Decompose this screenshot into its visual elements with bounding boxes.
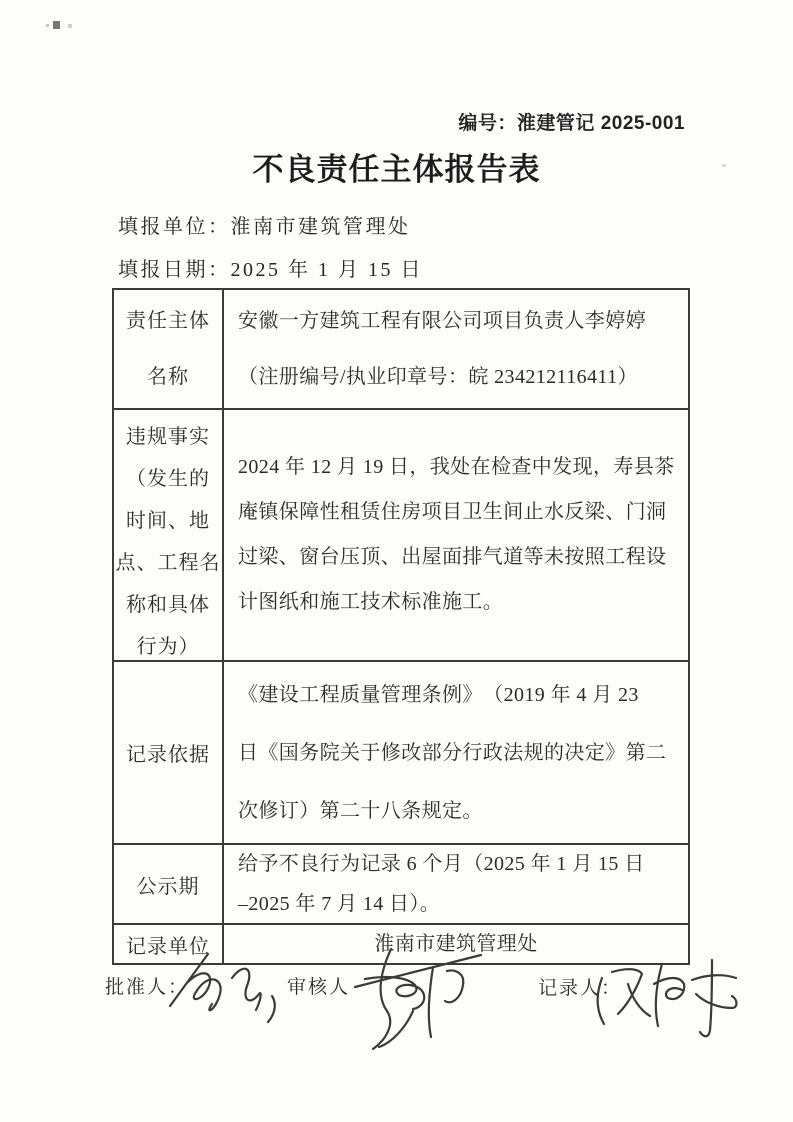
scan-artifact bbox=[46, 24, 49, 27]
recorder-signature-handwriting bbox=[592, 950, 742, 1045]
row-label-record-basis: 记录依据 bbox=[114, 662, 224, 843]
table-row-record-basis: 记录依据 《建设工程质量管理条例》 （2019 年 4 月 23 日《国务院关于… bbox=[114, 660, 688, 843]
table-row-violation-facts: 违规事实 （发生的 时间、地 点、工程名 称和具体 行为） 2024 年 12 … bbox=[114, 408, 688, 660]
reviewer-signature-handwriting bbox=[295, 945, 485, 1057]
row-value-record-basis: 《建设工程质量管理条例》 （2019 年 4 月 23 日《国务院关于修改部分行… bbox=[224, 662, 688, 843]
page-title: 不良责任主体报告表 bbox=[0, 144, 793, 189]
document-number: 编号：淮建管记 2025-001 bbox=[458, 108, 685, 135]
row-value-violation-facts: 2024 年 12 月 19 日，我处在检查中发现，寿县茶 庵镇保障性租赁住房项… bbox=[224, 410, 688, 660]
table-row-responsible-party: 责任主体 名称 安徽一方建筑工程有限公司项目负责人李婷婷 （注册编号/执业印章号… bbox=[114, 290, 688, 408]
row-label-violation-facts: 违规事实 （发生的 时间、地 点、工程名 称和具体 行为） bbox=[114, 410, 224, 660]
scan-artifact bbox=[53, 21, 60, 29]
scanned-report-page: 编号：淮建管记 2025-001 不良责任主体报告表 填报单位：淮南市建筑管理处… bbox=[0, 0, 793, 1122]
row-label-publicity-period: 公示期 bbox=[114, 845, 224, 923]
report-table: 责任主体 名称 安徽一方建筑工程有限公司项目负责人李婷婷 （注册编号/执业印章号… bbox=[112, 288, 690, 965]
scan-artifact bbox=[68, 24, 72, 28]
reporting-date-line: 填报日期：2025 年 1 月 15 日 bbox=[118, 253, 423, 282]
row-label-responsible-party: 责任主体 名称 bbox=[114, 290, 224, 408]
row-value-responsible-party: 安徽一方建筑工程有限公司项目负责人李婷婷 （注册编号/执业印章号：皖 23421… bbox=[224, 290, 688, 408]
table-row-publicity-period: 公示期 给予不良行为记录 6 个月（2025 年 1 月 15 日 –2025 … bbox=[114, 843, 688, 923]
approver-signature-handwriting bbox=[162, 948, 282, 1040]
row-value-publicity-period: 给予不良行为记录 6 个月（2025 年 1 月 15 日 –2025 年 7 … bbox=[224, 845, 688, 923]
reporting-unit-line: 填报单位：淮南市建筑管理处 bbox=[118, 210, 411, 239]
